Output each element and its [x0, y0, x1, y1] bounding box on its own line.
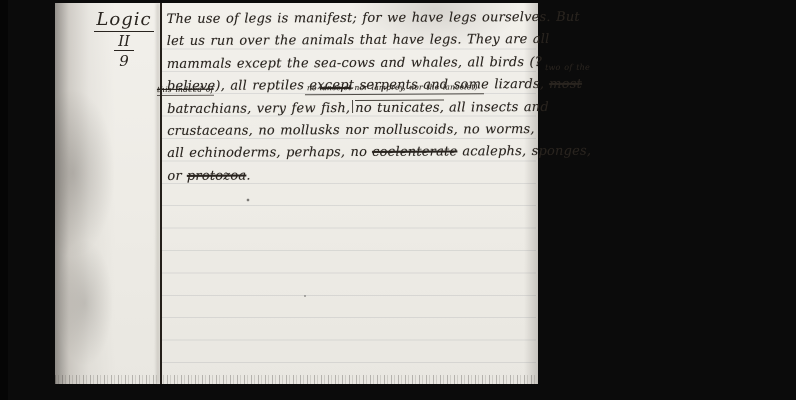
margin-heading-block: Logic II 9	[89, 9, 159, 70]
line-text: crustaceans, no mollusks nor molluscoids…	[167, 122, 535, 139]
line-text: let us run over the animals that have le…	[167, 32, 550, 49]
line-text: all echinoderms, perhaps, no	[167, 145, 367, 161]
struck-word: most	[549, 77, 582, 92]
handwritten-line: let us run over the animals that have le…	[167, 29, 535, 53]
struck-word: protozoa	[187, 168, 247, 183]
handwritten-text-block: The use of legs is manifest; for we have…	[167, 7, 536, 188]
line-text: batrachians, very few fish,	[167, 101, 350, 117]
manuscript-page: Logic II 9 The use of legs is manifest; …	[55, 3, 538, 384]
line-text: .	[246, 168, 250, 183]
correction-group: two of themost	[549, 74, 582, 97]
scanned-document-view: Logic II 9 The use of legs is manifest; …	[0, 0, 796, 400]
handwritten-line: crustaceans, no mollusks nor molluscoids…	[167, 119, 535, 143]
handwritten-line: batrachians, very few fish,no tunicates,…	[167, 97, 535, 121]
handwritten-line: The use of legs is manifest; for we have…	[167, 7, 535, 31]
line-text: mammals except the sea-cows and whales, …	[167, 55, 542, 72]
struck-word: coelenterate	[372, 145, 457, 160]
struck-word: lancelet	[320, 83, 352, 92]
note-text: nor lamprey, nor the lancelet)	[354, 82, 477, 92]
inserted-phrase: no tunicates,	[355, 99, 444, 115]
interlinear-note-left: this indeed of	[157, 85, 214, 96]
line-text: The use of legs is manifest; for we have…	[167, 10, 580, 27]
line-text: all insects and	[449, 100, 549, 116]
handwritten-line: mammals except the sea-cows and whales, …	[167, 52, 535, 76]
note-text: no	[307, 83, 317, 92]
line-text: acalephs, sponges,	[462, 144, 591, 160]
handwritten-line: all echinoderms, perhaps, nocoelenterate…	[167, 141, 535, 165]
interlinear-note-mid: nolanceletnor lamprey, nor the lancelet)	[305, 82, 484, 95]
page-number: 9	[89, 52, 159, 70]
handwritten-line: orprotozoa.	[167, 164, 535, 188]
superscript-insertion: two of the	[545, 64, 590, 72]
scan-edge-artifact	[55, 375, 538, 384]
line-text: or	[167, 169, 182, 184]
notebook-title: Logic	[94, 9, 153, 32]
volume-numeral: II	[114, 32, 134, 51]
